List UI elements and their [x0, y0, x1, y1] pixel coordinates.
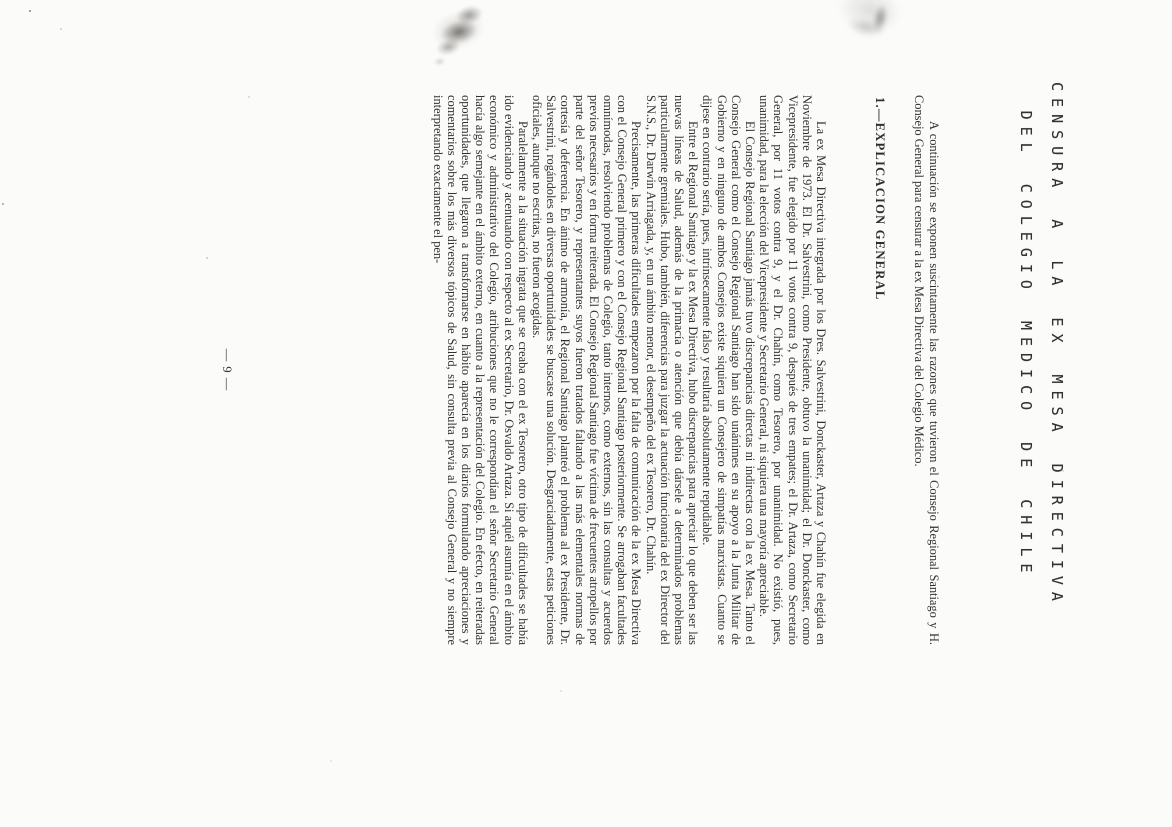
intro-paragraph: A continuación se exponen suscintamente …: [912, 95, 941, 645]
document-title-line-1: CENSURA A LA EX MESA DIRECTIVA: [1041, 70, 1072, 620]
body-paragraph: Paralelamente a la situación ingrata que…: [430, 95, 529, 645]
document-body: La ex Mesa Directiva integrada por los D…: [430, 95, 828, 645]
document-title-line-2: DEL COLEGIO MEDICO DE CHILE: [1010, 70, 1041, 620]
section-heading: 1.—EXPLICACION GENERAL: [872, 97, 887, 300]
page-number: — 9 —: [219, 95, 234, 645]
scan-speck-artifacts: [0, 0, 2, 2]
body-paragraph: Entre el Regional Santiago y la ex Mesa …: [643, 95, 700, 645]
body-paragraph: El Consejo Regional Santiago jamás tuvo …: [700, 95, 757, 645]
body-paragraph: La ex Mesa Directiva integrada por los D…: [757, 95, 828, 645]
body-paragraph: Precisamente, las primeras dificultades …: [530, 95, 644, 645]
scanned-page: CENSURA A LA EX MESA DIRECTIVA DEL COLEG…: [0, 0, 1172, 827]
document-title: CENSURA A LA EX MESA DIRECTIVA DEL COLEG…: [1010, 70, 1072, 620]
